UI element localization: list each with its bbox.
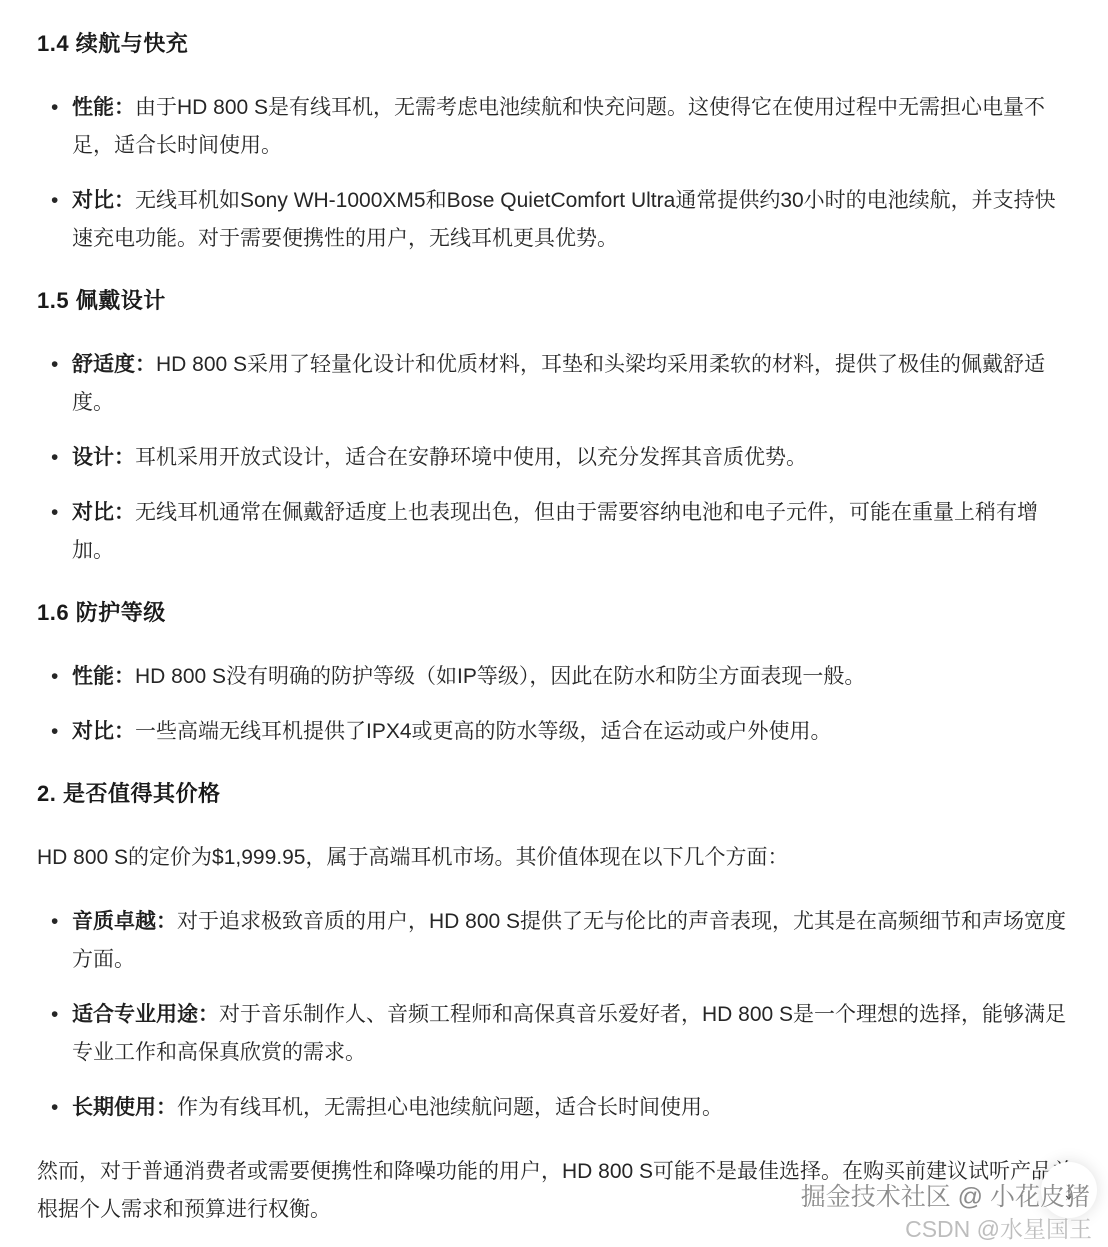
section-battery: 1.4 续航与快充 性能：由于HD 800 S是有线耳机，无需考虑电池续航和快充…	[37, 25, 1075, 258]
bullet-item-professional-use: 适合专业用途：对于音乐制作人、音频工程师和高保真音乐爱好者，HD 800 S是一…	[37, 996, 1075, 1072]
value-intro-paragraph: HD 800 S的定价为$1,999.95，属于高端耳机市场。其价值体现在以下几…	[37, 839, 1075, 877]
bullet-label: 对比：	[72, 720, 135, 743]
protection-bullet-list: 性能：HD 800 S没有明确的防护等级（如IP等级），因此在防水和防尘方面表现…	[37, 658, 1075, 751]
section-heading-battery: 1.4 续航与快充	[37, 25, 1075, 63]
bullet-text: 一些高端无线耳机提供了IPX4或更高的防水等级，适合在运动或户外使用。	[135, 720, 832, 743]
section-heading-wearing: 1.5 佩戴设计	[37, 282, 1075, 320]
bullet-label: 性能：	[72, 96, 135, 119]
arrow-down-icon: ↓	[1063, 1177, 1076, 1203]
bullet-text: HD 800 S采用了轻量化设计和优质材料，耳垫和头梁均采用柔软的材料，提供了极…	[72, 353, 1045, 414]
section-wearing: 1.5 佩戴设计 舒适度：HD 800 S采用了轻量化设计和优质材料，耳垫和头梁…	[37, 282, 1075, 570]
bullet-item-long-term-use: 长期使用：作为有线耳机，无需担心电池续航问题，适合长时间使用。	[37, 1089, 1075, 1127]
wearing-bullet-list: 舒适度：HD 800 S采用了轻量化设计和优质材料，耳垫和头梁均采用柔软的材料，…	[37, 346, 1075, 570]
bullet-text: 耳机采用开放式设计，适合在安静环境中使用，以充分发挥其音质优势。	[135, 446, 807, 469]
bullet-label: 长期使用：	[72, 1096, 177, 1119]
section-value: 2. 是否值得其价格 HD 800 S的定价为$1,999.95，属于高端耳机市…	[37, 775, 1075, 1229]
bullet-label: 适合专业用途：	[72, 1003, 219, 1026]
bullet-item-performance: 性能：HD 800 S没有明确的防护等级（如IP等级），因此在防水和防尘方面表现…	[37, 658, 1075, 696]
bullet-text: 对于追求极致音质的用户，HD 800 S提供了无与伦比的声音表现，尤其是在高频细…	[72, 910, 1066, 971]
section-protection: 1.6 防护等级 性能：HD 800 S没有明确的防护等级（如IP等级），因此在…	[37, 594, 1075, 751]
bullet-label: 舒适度：	[72, 353, 156, 376]
bullet-text: HD 800 S没有明确的防护等级（如IP等级），因此在防水和防尘方面表现一般。	[135, 665, 865, 688]
document-content: 1.4 续航与快充 性能：由于HD 800 S是有线耳机，无需考虑电池续航和快充…	[37, 25, 1075, 1229]
bullet-item-comfort: 舒适度：HD 800 S采用了轻量化设计和优质材料，耳垫和头梁均采用柔软的材料，…	[37, 346, 1075, 422]
bullet-label: 对比：	[72, 189, 135, 212]
bullet-label: 性能：	[72, 665, 135, 688]
bullet-text: 对于音乐制作人、音频工程师和高保真音乐爱好者，HD 800 S是一个理想的选择，…	[72, 1003, 1066, 1064]
bullet-label: 音质卓越：	[72, 910, 177, 933]
bullet-item-compare: 对比：无线耳机通常在佩戴舒适度上也表现出色，但由于需要容纳电池和电子元件，可能在…	[37, 494, 1075, 570]
battery-bullet-list: 性能：由于HD 800 S是有线耳机，无需考虑电池续航和快充问题。这使得它在使用…	[37, 89, 1075, 258]
bullet-item-sound-quality: 音质卓越：对于追求极致音质的用户，HD 800 S提供了无与伦比的声音表现，尤其…	[37, 903, 1075, 979]
bullet-item-design: 设计：耳机采用开放式设计，适合在安静环境中使用，以充分发挥其音质优势。	[37, 439, 1075, 477]
bullet-text: 无线耳机通常在佩戴舒适度上也表现出色，但由于需要容纳电池和电子元件，可能在重量上…	[72, 501, 1038, 562]
section-heading-protection: 1.6 防护等级	[37, 594, 1075, 632]
bullet-item-compare: 对比：无线耳机如Sony WH-1000XM5和Bose QuietComfor…	[37, 182, 1075, 258]
bullet-text: 无线耳机如Sony WH-1000XM5和Bose QuietComfort U…	[72, 189, 1056, 250]
bullet-item-compare: 对比：一些高端无线耳机提供了IPX4或更高的防水等级，适合在运动或户外使用。	[37, 713, 1075, 751]
bullet-text: 作为有线耳机，无需担心电池续航问题，适合长时间使用。	[177, 1096, 723, 1119]
scroll-to-bottom-button[interactable]: ↓	[1041, 1162, 1097, 1218]
section-heading-value: 2. 是否值得其价格	[37, 775, 1075, 813]
value-bullet-list: 音质卓越：对于追求极致音质的用户，HD 800 S提供了无与伦比的声音表现，尤其…	[37, 903, 1075, 1127]
bullet-label: 对比：	[72, 501, 135, 524]
bullet-label: 设计：	[72, 446, 135, 469]
conclusion-paragraph: 然而，对于普通消费者或需要便携性和降噪功能的用户，HD 800 S可能不是最佳选…	[37, 1153, 1075, 1229]
bullet-item-performance: 性能：由于HD 800 S是有线耳机，无需考虑电池续航和快充问题。这使得它在使用…	[37, 89, 1075, 165]
bullet-text: 由于HD 800 S是有线耳机，无需考虑电池续航和快充问题。这使得它在使用过程中…	[72, 96, 1045, 157]
